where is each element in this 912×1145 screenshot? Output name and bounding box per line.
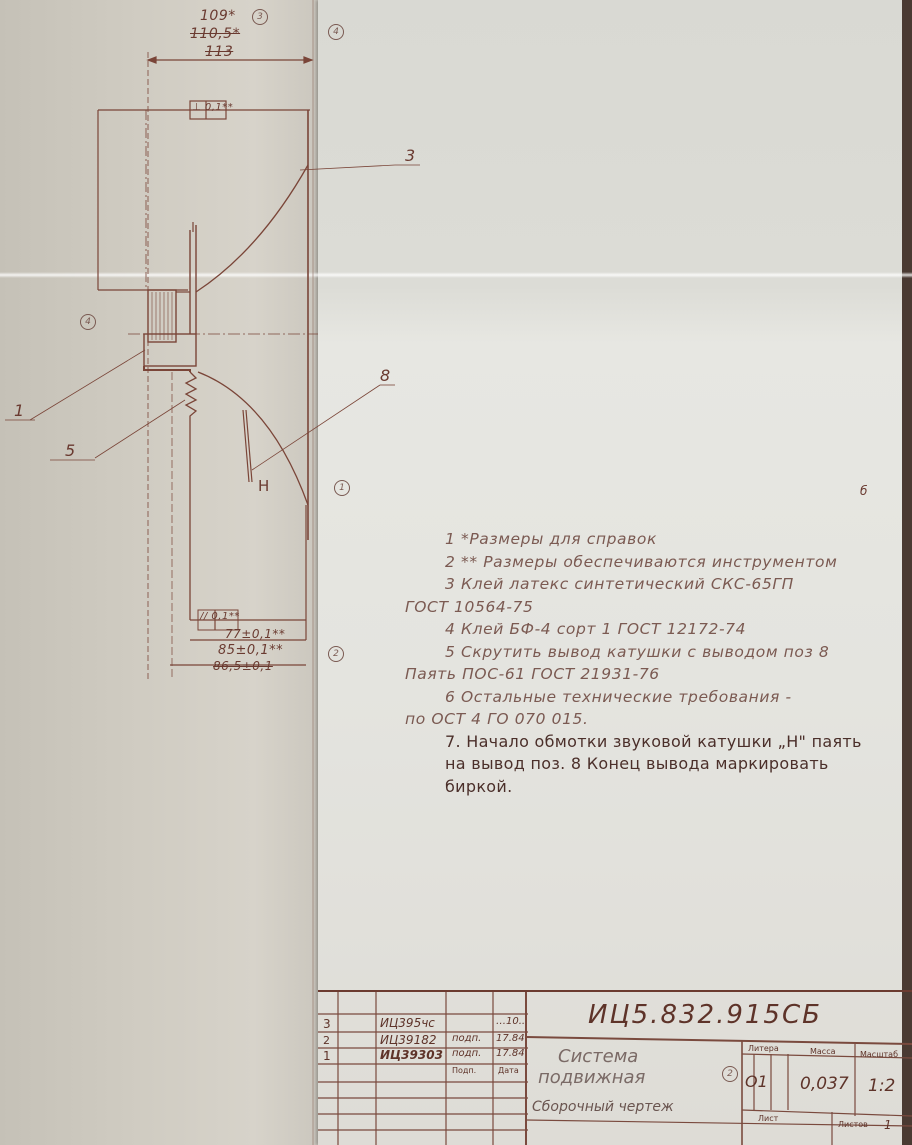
revision-number: 3: [323, 1017, 331, 1031]
zone-mark: 2: [328, 646, 344, 662]
document-designation: ИЦ5.832.915СБ: [588, 1000, 822, 1030]
document-name-line1: Система: [558, 1046, 638, 1067]
zone-mark: 1: [334, 480, 350, 496]
dimension-77: 77±0,1**: [225, 627, 285, 641]
signature-column-label: Подп.: [452, 1066, 476, 1075]
dimension-109: 109*: [200, 8, 236, 24]
litera-value: О1: [745, 1072, 768, 1091]
document-type: Сборочный чертеж: [532, 1099, 674, 1115]
zone-mark: 4: [328, 24, 344, 40]
note-line: 3 Клей латекс синтетический СКС-65ГП: [405, 573, 885, 596]
note-line: 2 ** Размеры обеспечиваются инструментом: [405, 551, 885, 574]
note-line: ГОСТ 10564-75: [405, 596, 885, 619]
note-line: биркой.: [405, 776, 885, 799]
sheets-value: 1: [884, 1118, 892, 1132]
scale-value: 1:2: [868, 1076, 895, 1096]
zone-mark-3: 3: [252, 9, 268, 25]
revision-date: …10..: [496, 1016, 525, 1027]
callout-3: 3: [405, 146, 416, 165]
document-name-line2: подвижная: [538, 1067, 645, 1088]
note-line: 1 *Размеры для справок: [405, 528, 885, 551]
parallelism-tolerance: // 0,1**: [200, 611, 240, 622]
lead-label-h: Н: [258, 477, 270, 495]
date-column-label: Дата: [498, 1066, 519, 1075]
dimension-110-5: 110,5*: [190, 26, 240, 42]
revision-notice: ИЦ39182: [380, 1033, 436, 1047]
revision-date: 17.84: [496, 1033, 525, 1044]
note-line: на вывод поз. 8 Конец вывода маркировать: [405, 753, 885, 776]
technical-requirements: 1 *Размеры для справок 2 ** Размеры обес…: [405, 528, 885, 798]
note-line: Паять ПОС-61 ГОСТ 21931-76: [405, 663, 885, 686]
scale-label: Масштаб: [860, 1050, 898, 1059]
dimension-85: 85±0,1**: [218, 643, 283, 658]
perpendicularity-tolerance: ⊥ 0,1**: [192, 102, 233, 113]
sheet-label: Лист: [758, 1114, 778, 1123]
note-line: по ОСТ 4 ГО 070 015.: [405, 708, 885, 731]
dimension-113-struck: 113: [205, 44, 233, 60]
callout-1: 1: [14, 401, 25, 420]
note-line: 7. Начало обмотки звуковой катушки „Н" п…: [405, 731, 885, 754]
title-block: 3 ИЦ395чс …10.. 2 ИЦ39182 подп. 17.84 1 …: [318, 990, 912, 1145]
revision-signature: подп.: [452, 1033, 481, 1044]
zone-mark: 4: [80, 314, 96, 330]
revision-number: 1: [323, 1049, 331, 1063]
mass-label: Масса: [810, 1047, 836, 1056]
zone-mark: 2: [722, 1066, 738, 1082]
mass-value: 0,037: [800, 1074, 849, 1094]
dimension-86-5-struck: 86,5±0,1: [213, 659, 273, 673]
callout-8: 8: [380, 366, 391, 385]
revision-signature: подп.: [452, 1048, 481, 1059]
note-line: 6 Остальные технические требования -: [405, 686, 885, 709]
litera-label: Литера: [748, 1044, 779, 1053]
note-line: 5 Скрутить вывод катушки с выводом поз 8: [405, 641, 885, 664]
callout-5: 5: [65, 441, 76, 460]
revision-notice: ИЦ39303: [380, 1048, 443, 1062]
revision-notice: ИЦ395чс: [380, 1016, 435, 1030]
zone-mark-right: б: [860, 484, 868, 498]
revision-date: 17.84: [496, 1048, 525, 1059]
note-line: 4 Клей БФ-4 сорт 1 ГОСТ 12172-74: [405, 618, 885, 641]
revision-number: 2: [323, 1034, 330, 1047]
sheets-label: Листов: [838, 1120, 868, 1129]
